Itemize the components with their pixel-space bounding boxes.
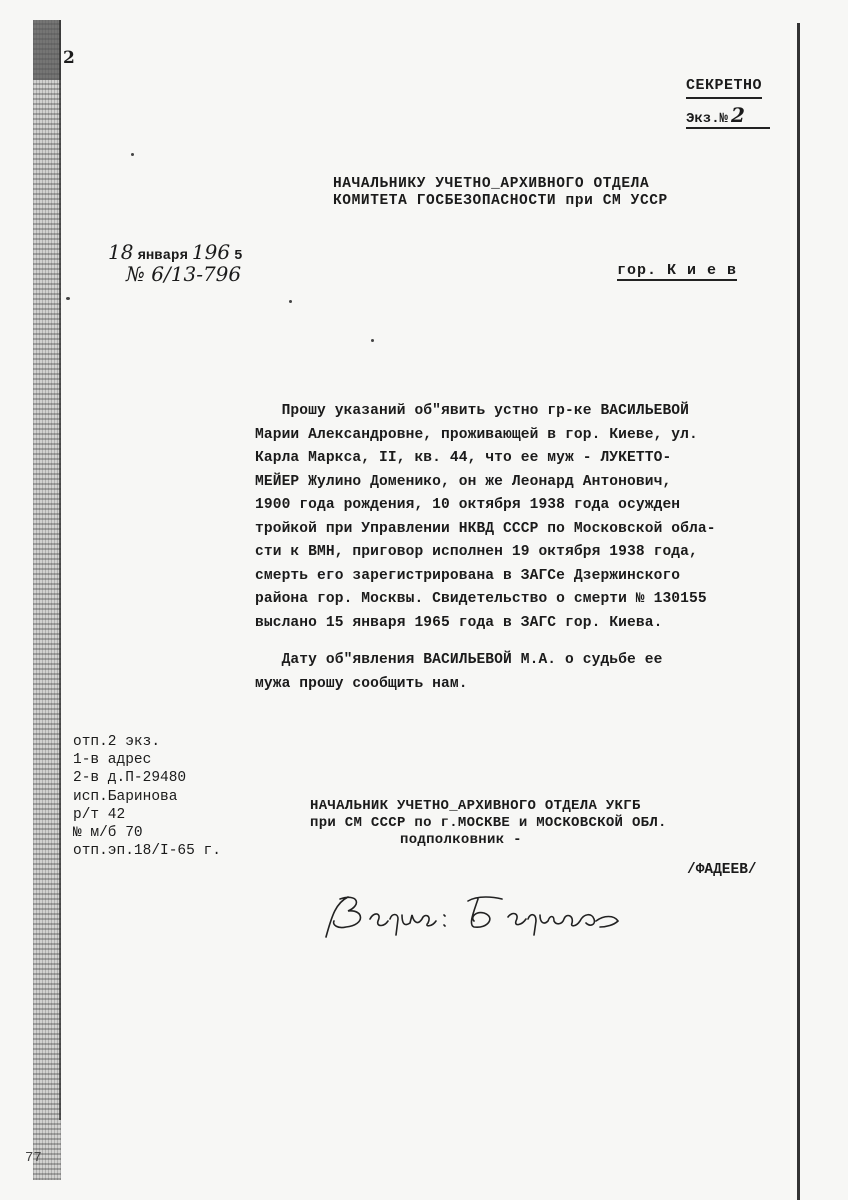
distribution-item: отп.эп.18/I-65 г.	[73, 842, 221, 860]
addressee-line-2: КОМИТЕТА ГОСБЕЗОПАСНОСТИ при СМ УССР	[333, 193, 668, 210]
copy-prefix: Экз.№	[686, 111, 728, 127]
scan-speck	[289, 300, 292, 303]
signatory-rank: подполковник -	[400, 832, 667, 849]
letter-body: Прошу указаний об"явить устно гр-ке ВАСИ…	[255, 400, 795, 696]
scan-speck	[131, 153, 134, 156]
body-line: Дату об"явления ВАСИЛЬЕВОЙ М.А. о судьбе…	[255, 649, 795, 673]
addressee-line-1: НАЧАЛЬНИКУ УЧЕТНО_АРХИВНОГО ОТДЕЛА	[333, 176, 668, 193]
date-year-handwritten: 196	[192, 240, 230, 264]
body-line: выслано 15 января 1965 года в ЗАГС гор. …	[255, 612, 795, 636]
binding-strip-top	[33, 20, 61, 80]
scan-speck	[66, 297, 70, 300]
body-line: района гор. Москвы. Свидетельство о смер…	[255, 588, 795, 612]
body-line: Карла Маркса, II, кв. 44, что ее муж - Л…	[255, 447, 795, 471]
binding-strip	[33, 20, 61, 1180]
distribution-item: 2-в д.П-29480	[73, 769, 221, 787]
paragraph-1: Прошу указаний об"явить устно гр-ке ВАСИ…	[255, 400, 795, 635]
distribution-item: исп.Баринова	[73, 788, 221, 806]
copy-number-line: Экз.№ 2	[686, 103, 770, 129]
document-page: 2 СЕКРЕТНО Экз.№ 2 НАЧАЛЬНИКУ УЧЕТНО_АРХ…	[0, 0, 848, 1200]
classification-label: СЕКРЕТНО	[686, 77, 762, 99]
signatory-title-line-1: НАЧАЛЬНИК УЧЕТНО_АРХИВНОГО ОТДЕЛА УКГБ	[310, 798, 667, 815]
signatory-name: /ФАДЕЕВ/	[687, 862, 757, 878]
body-line: смерть его зарегистрирована в ЗАГСе Дзер…	[255, 565, 795, 589]
date-line: 18 января 196 5	[108, 240, 242, 264]
right-margin-rule	[797, 23, 800, 1200]
distribution-item: № м/б 70	[73, 824, 221, 842]
page-number: 2	[63, 48, 75, 68]
signature-block: НАЧАЛЬНИК УЧЕТНО_АРХИВНОГО ОТДЕЛА УКГБ п…	[310, 798, 667, 849]
date-block: 18 января 196 5 № 6/13-796	[108, 240, 242, 286]
paragraph-2: Дату об"явления ВАСИЛЬЕВОЙ М.А. о судьбе…	[255, 649, 795, 696]
classification-stamp: СЕКРЕТНО Экз.№ 2	[686, 76, 770, 129]
copy-number: 2	[731, 103, 745, 127]
body-line: 1900 года рождения, 10 октября 1938 года…	[255, 494, 795, 518]
addressee: НАЧАЛЬНИКУ УЧЕТНО_АРХИВНОГО ОТДЕЛА КОМИТ…	[333, 176, 668, 210]
date-day: 18	[108, 240, 133, 264]
body-line: Марии Александровне, проживающей в гор. …	[255, 424, 795, 448]
signature-icon	[318, 885, 658, 945]
distribution-list: отп.2 экз.1-в адрес2-в д.П-29480исп.Бари…	[73, 733, 221, 860]
scan-speck	[371, 339, 374, 342]
body-line: Прошу указаний об"явить устно гр-ке ВАСИ…	[255, 400, 795, 424]
signatory-title-line-2: при СМ СССР по г.МОСКВЕ и МОСКОВСКОЙ ОБЛ…	[310, 815, 667, 832]
distribution-item: р/т 42	[73, 806, 221, 824]
page-corner-mark: 77	[25, 1150, 42, 1166]
city: гор. К и е в	[617, 262, 737, 281]
body-line: тройкой при Управлении НКВД СССР по Моск…	[255, 518, 795, 542]
distribution-item: отп.2 экз.	[73, 733, 221, 751]
reference-number: № 6/13-796	[126, 262, 242, 286]
body-line: МЕЙЕР Жулино Доменико, он же Леонард Ант…	[255, 471, 795, 495]
binding-edge-line	[59, 20, 61, 1120]
body-line: сти к ВМН, приговор исполнен 19 октября …	[255, 541, 795, 565]
body-line: мужа прошу сообщить нам.	[255, 673, 795, 697]
distribution-item: 1-в адрес	[73, 751, 221, 769]
handwritten-certification: Верно: Баринова	[318, 885, 658, 950]
